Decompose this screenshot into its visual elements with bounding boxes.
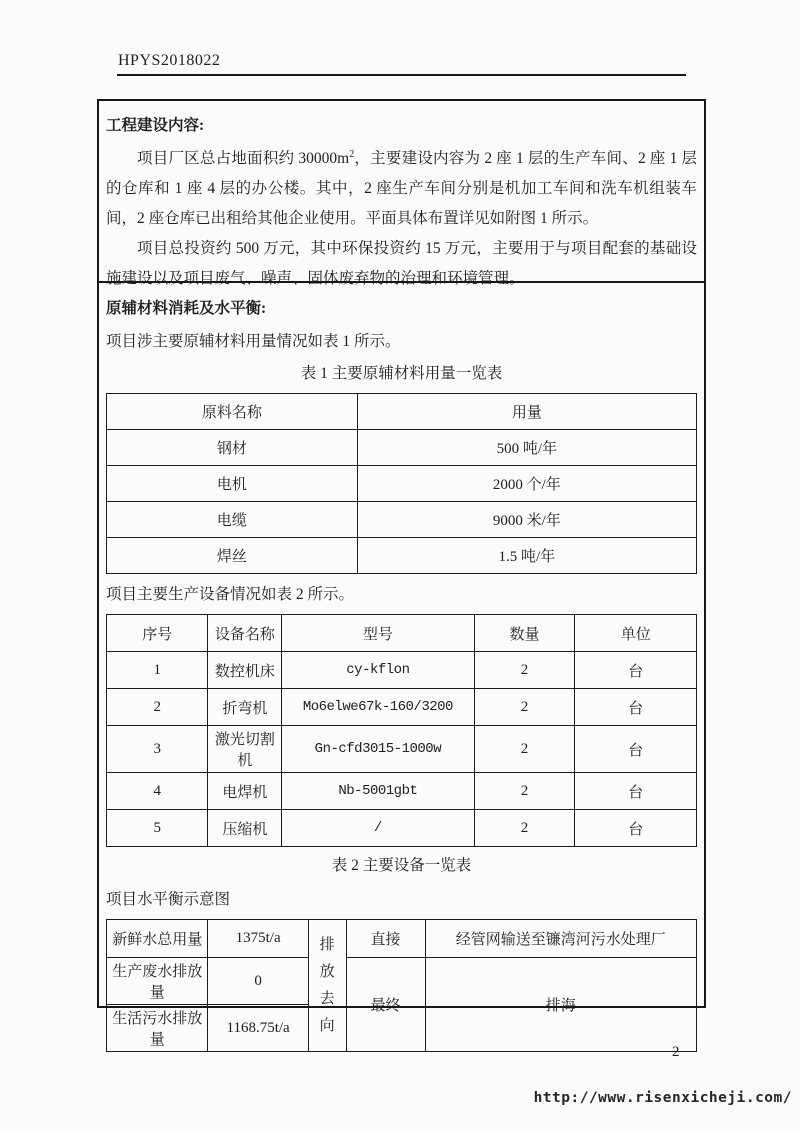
table-cell: 2: [474, 689, 575, 726]
table-row: 生产废水排放量 0 最终 排海: [107, 958, 697, 1005]
discharge-direction-text: 排放去向: [319, 932, 336, 1040]
table-cell: 500 吨/年: [357, 430, 696, 466]
section-construction-content: 工程建设内容: 项目厂区总占地面积约 30000m2，主要建设内容为 2 座 1…: [99, 101, 704, 283]
header-divider: [117, 74, 686, 76]
table-row: 电机 2000 个/年: [107, 466, 697, 502]
table-header-cell: 序号: [107, 615, 208, 652]
table-cell: 台: [575, 726, 697, 773]
table-row: 3 激光切割机 Gn-cfd3015-1000w 2 台: [107, 726, 697, 773]
watermark-url: http://www.risenxicheji.com/: [534, 1090, 792, 1106]
table-cell: 最终: [346, 958, 425, 1052]
table-cell: 2: [474, 726, 575, 773]
table-header-cell: 设备名称: [208, 615, 282, 652]
section1-title: 工程建设内容:: [106, 113, 697, 135]
table-row: 新鲜水总用量 1375t/a 排放去向 直接 经管网输送至镰湾河污水处理厂: [107, 920, 697, 958]
table-cell: 激光切割机: [208, 726, 282, 773]
table-header-cell: 原料名称: [107, 394, 358, 430]
table-cell: 1375t/a: [208, 920, 308, 958]
para1-text: 项目厂区总占地面积约 30000m: [137, 150, 349, 167]
table-cell: 生产废水排放量: [107, 958, 208, 1005]
table-cell: Gn-cfd3015-1000w: [282, 726, 474, 773]
table-header-cell: 单位: [575, 615, 697, 652]
table-cell: 台: [575, 652, 697, 689]
table-row: 2 折弯机 Mo6elwe67k-160/3200 2 台: [107, 689, 697, 726]
table-cell: Nb-5001gbt: [282, 773, 474, 810]
discharge-direction-cell: 排放去向: [308, 920, 346, 1052]
table-cell: 0: [208, 958, 308, 1005]
table-cell: 生活污水排放量: [107, 1005, 208, 1052]
water-balance-title: 项目水平衡示意图: [106, 885, 697, 915]
table-row: 电缆 9000 米/年: [107, 502, 697, 538]
table2-caption: 表 2 主要设备一览表: [106, 853, 697, 879]
table-header-cell: 型号: [282, 615, 474, 652]
table-cell: 折弯机: [208, 689, 282, 726]
table-cell: 台: [575, 810, 697, 847]
table-cell: cy-kflon: [282, 652, 474, 689]
table-cell: 1: [107, 652, 208, 689]
table-row: 5 压缩机 / 2 台: [107, 810, 697, 847]
table-cell: 电缆: [107, 502, 358, 538]
table-cell: 2000 个/年: [357, 466, 696, 502]
table-cell: 数控机床: [208, 652, 282, 689]
table2-intro: 项目主要生产设备情况如表 2 所示。: [106, 580, 697, 610]
table-row: 1 数控机床 cy-kflon 2 台: [107, 652, 697, 689]
table-row: 钢材 500 吨/年: [107, 430, 697, 466]
table-cell: 2: [474, 810, 575, 847]
document-code: HPYS2018022: [118, 52, 220, 70]
section1-paragraph-1: 项目厂区总占地面积约 30000m2，主要建设内容为 2 座 1 层的生产车间、…: [106, 144, 697, 234]
table-cell: 5: [107, 810, 208, 847]
table-cell: 3: [107, 726, 208, 773]
page-number: 2: [672, 1044, 680, 1061]
table-cell: 钢材: [107, 430, 358, 466]
content-frame: 工程建设内容: 项目厂区总占地面积约 30000m2，主要建设内容为 2 座 1…: [97, 99, 706, 1008]
table-cell: 9000 米/年: [357, 502, 696, 538]
table-cell: 经管网输送至镰湾河污水处理厂: [425, 920, 696, 958]
table-cell: 1.5 吨/年: [357, 538, 696, 574]
table-cell: 2: [107, 689, 208, 726]
equipment-table: 序号 设备名称 型号 数量 单位 1 数控机床 cy-kflon 2 台 2 折…: [106, 614, 697, 847]
table-cell: 新鲜水总用量: [107, 920, 208, 958]
table-row: 4 电焊机 Nb-5001gbt 2 台: [107, 773, 697, 810]
table-cell: 排海: [425, 958, 696, 1052]
table-cell: 4: [107, 773, 208, 810]
table-row: 原料名称 用量: [107, 394, 697, 430]
table-cell: 焊丝: [107, 538, 358, 574]
table-cell: 台: [575, 773, 697, 810]
table-cell: /: [282, 810, 474, 847]
table-header-cell: 用量: [357, 394, 696, 430]
table-cell: Mo6elwe67k-160/3200: [282, 689, 474, 726]
section-materials-water-balance: 原辅材料消耗及水平衡: 项目涉主要原辅材料用量情况如表 1 所示。 表 1 主要…: [99, 283, 704, 1052]
table-cell: 1168.75t/a: [208, 1005, 308, 1052]
table-row: 焊丝 1.5 吨/年: [107, 538, 697, 574]
table-cell: 2: [474, 652, 575, 689]
table-header-cell: 数量: [474, 615, 575, 652]
table-cell: 电焊机: [208, 773, 282, 810]
table-cell: 压缩机: [208, 810, 282, 847]
table1-intro: 项目涉主要原辅材料用量情况如表 1 所示。: [106, 327, 697, 357]
materials-table: 原料名称 用量 钢材 500 吨/年 电机 2000 个/年 电缆 9000 米…: [106, 393, 697, 574]
table-cell: 2: [474, 773, 575, 810]
table1-caption: 表 1 主要原辅材料用量一览表: [106, 361, 697, 387]
section2-title: 原辅材料消耗及水平衡:: [106, 296, 697, 318]
table-cell: 直接: [346, 920, 425, 958]
water-balance-table: 新鲜水总用量 1375t/a 排放去向 直接 经管网输送至镰湾河污水处理厂 生产…: [106, 919, 697, 1052]
table-row: 序号 设备名称 型号 数量 单位: [107, 615, 697, 652]
table-cell: 台: [575, 689, 697, 726]
table-cell: 电机: [107, 466, 358, 502]
